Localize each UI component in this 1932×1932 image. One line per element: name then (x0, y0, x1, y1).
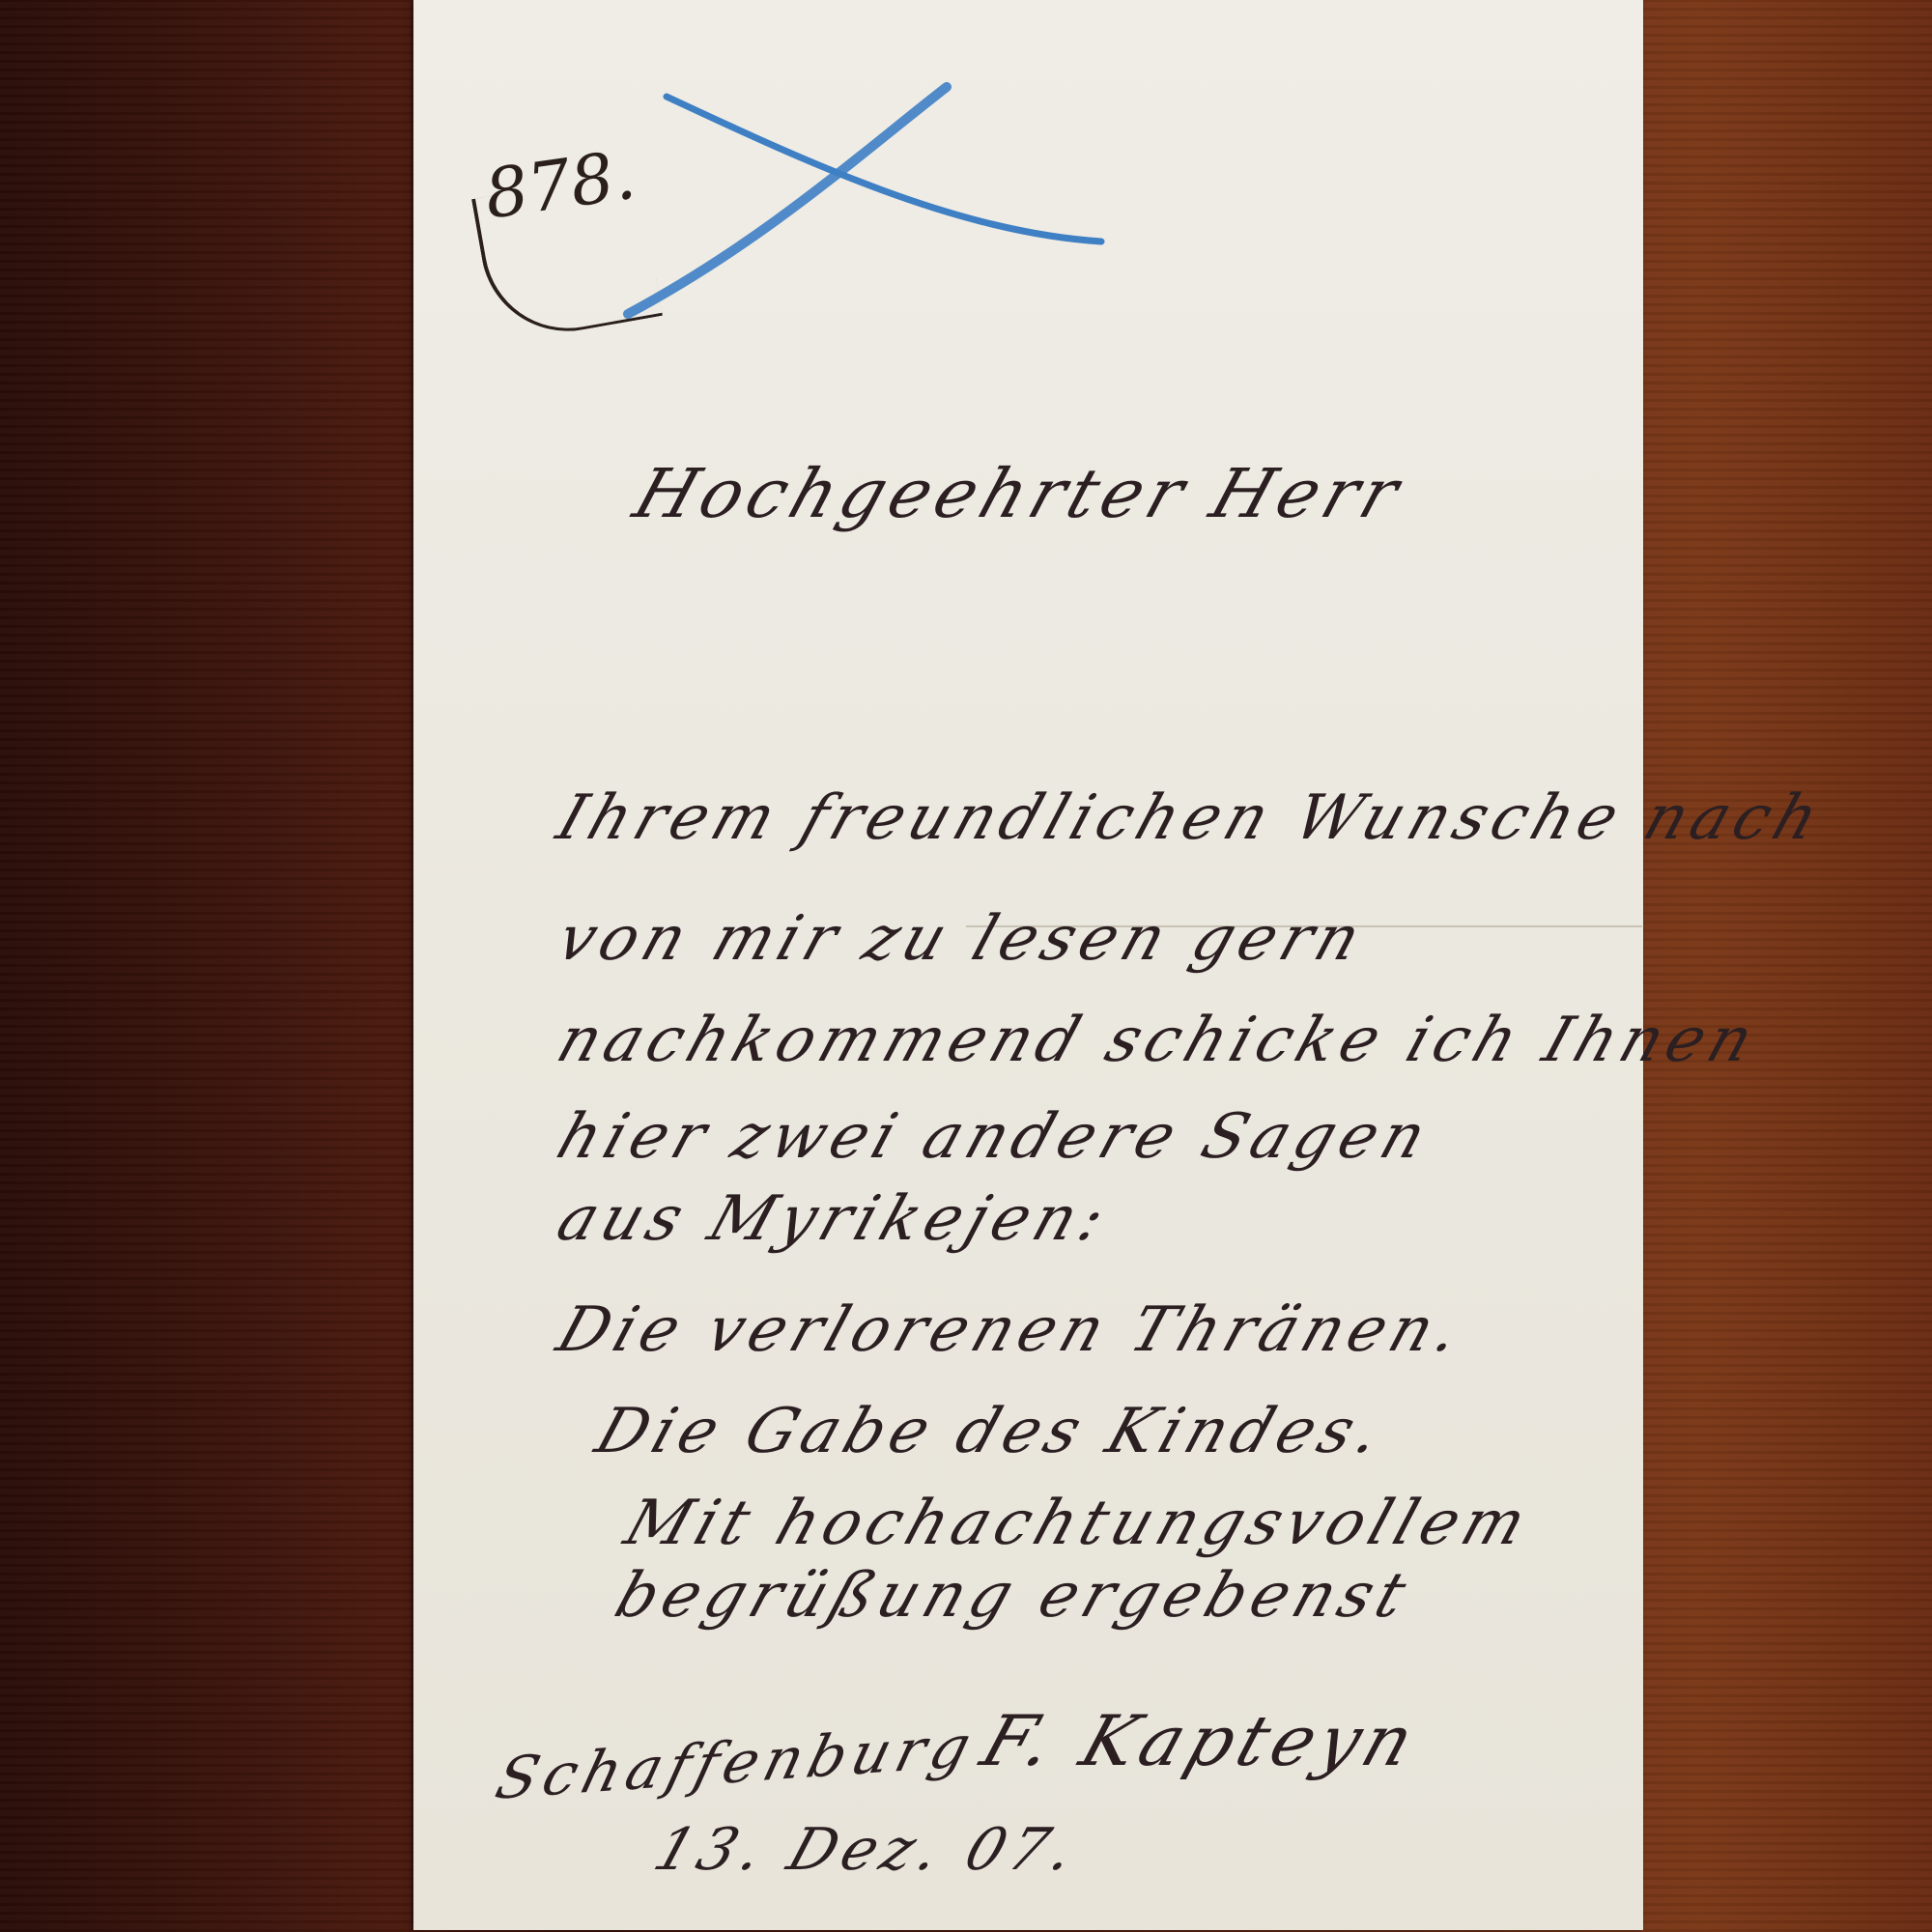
letter-signature: F. Kapteyn (972, 1700, 1429, 1781)
letter-line-4: hier zwei andere Sagen (549, 1101, 1440, 1173)
blue-cross-mark-icon (618, 77, 1121, 328)
letter-line-1: Ihrem freundlichen Wunsche nach (549, 782, 1833, 854)
letter-line-2: von mir zu lesen gern (549, 903, 1375, 975)
letter-closing: begrüßung ergebenst (607, 1560, 1420, 1632)
letter-date: 13. Dez. 07. (646, 1816, 1089, 1884)
letter-salutation: Hochgeehrter Herr (625, 454, 1414, 533)
letter-line-5: aus Myrikejen: (549, 1183, 1120, 1255)
letter-line-7: Die Gabe des Kindes. (587, 1396, 1395, 1467)
letter-line-6: Die verlorenen Thränen. (549, 1294, 1474, 1366)
letter-line-8: Mit hochachtungsvollem (616, 1488, 1540, 1559)
letter-line-3: nachkommend schicke ich Ihnen (549, 1005, 1767, 1076)
